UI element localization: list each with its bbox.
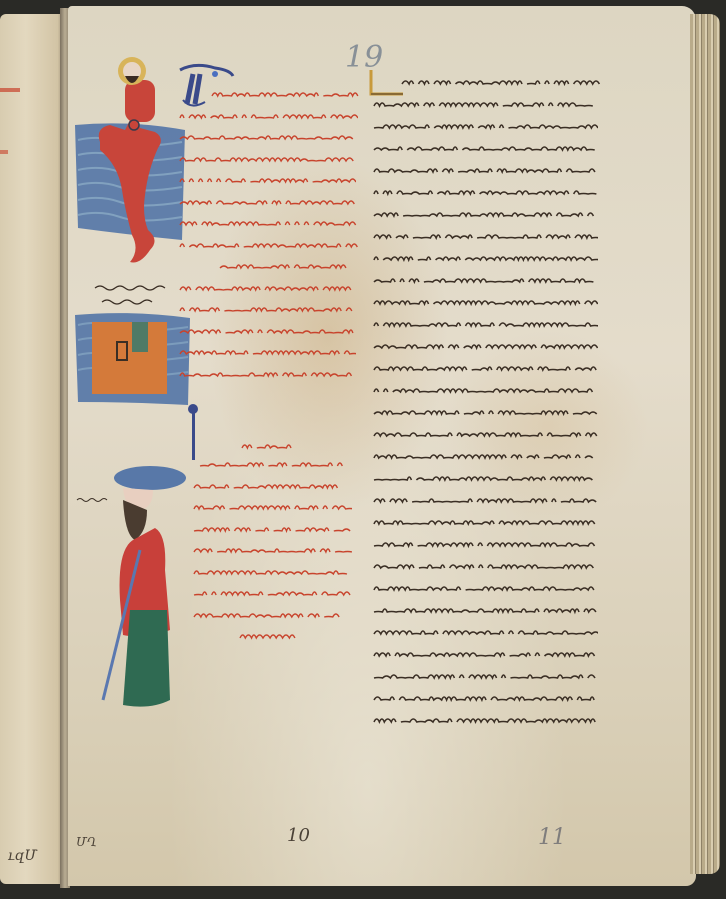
left-leaf-number: ւզՄ xyxy=(8,848,37,864)
script-line xyxy=(178,153,358,167)
decorated-initial xyxy=(175,62,235,112)
script-line xyxy=(372,494,598,508)
script-line xyxy=(372,230,598,244)
script-line xyxy=(372,582,598,596)
script-line xyxy=(372,406,598,420)
script-line xyxy=(372,384,598,398)
script-line xyxy=(192,480,342,494)
script-line xyxy=(178,196,358,210)
gold-initial xyxy=(368,68,408,98)
script-line xyxy=(372,692,598,706)
script-line xyxy=(198,458,348,472)
script-line xyxy=(178,303,356,317)
script-line xyxy=(192,501,352,515)
script-line xyxy=(372,626,598,640)
script-line xyxy=(238,630,298,644)
script-line xyxy=(178,217,358,231)
figure-caption xyxy=(75,490,115,520)
script-line xyxy=(372,428,598,442)
page-edges xyxy=(690,14,720,874)
script-line xyxy=(372,318,598,332)
script-line xyxy=(372,340,598,354)
script-line xyxy=(372,142,598,156)
script-line xyxy=(192,566,352,580)
script-line xyxy=(192,523,352,537)
script-line xyxy=(372,186,598,200)
script-line xyxy=(372,164,598,178)
script-line xyxy=(372,274,598,288)
script-line xyxy=(178,368,356,382)
script-line xyxy=(372,516,598,530)
illumination-ark xyxy=(70,310,195,410)
script-line xyxy=(372,208,598,222)
script-line xyxy=(372,252,598,266)
rubric-initial-knot xyxy=(188,404,198,414)
script-line xyxy=(178,346,356,360)
folio-number-bottom: 10 xyxy=(287,825,310,846)
script-line xyxy=(192,544,352,558)
script-line xyxy=(178,131,358,145)
previous-leaf xyxy=(0,14,64,884)
script-line xyxy=(372,670,598,684)
gutter-number: ՄՂ xyxy=(76,835,97,849)
script-line xyxy=(372,120,598,134)
script-line xyxy=(192,587,352,601)
script-line xyxy=(210,88,360,102)
script-line xyxy=(240,440,300,454)
left-leaf-red-mark xyxy=(0,88,20,92)
rubric-initial-stem xyxy=(192,410,195,460)
script-line xyxy=(372,450,598,464)
script-line xyxy=(178,282,356,296)
script-line xyxy=(192,609,342,623)
script-line xyxy=(372,714,598,728)
script-line xyxy=(372,560,598,574)
script-line xyxy=(372,604,598,618)
script-line xyxy=(218,260,348,274)
marginal-caption xyxy=(90,282,185,308)
script-line xyxy=(372,538,598,552)
illumination-fish-figure xyxy=(70,50,190,270)
script-line xyxy=(178,325,356,339)
script-line xyxy=(372,472,598,486)
script-line xyxy=(400,76,600,90)
script-line xyxy=(178,110,358,124)
left-leaf-red-mark xyxy=(0,150,8,154)
script-line xyxy=(372,98,598,112)
script-line xyxy=(372,648,598,662)
script-line xyxy=(372,362,598,376)
script-line xyxy=(178,239,358,253)
script-line xyxy=(178,174,356,188)
script-line xyxy=(372,296,598,310)
folio-number-bottom-right: 11 xyxy=(538,825,566,850)
